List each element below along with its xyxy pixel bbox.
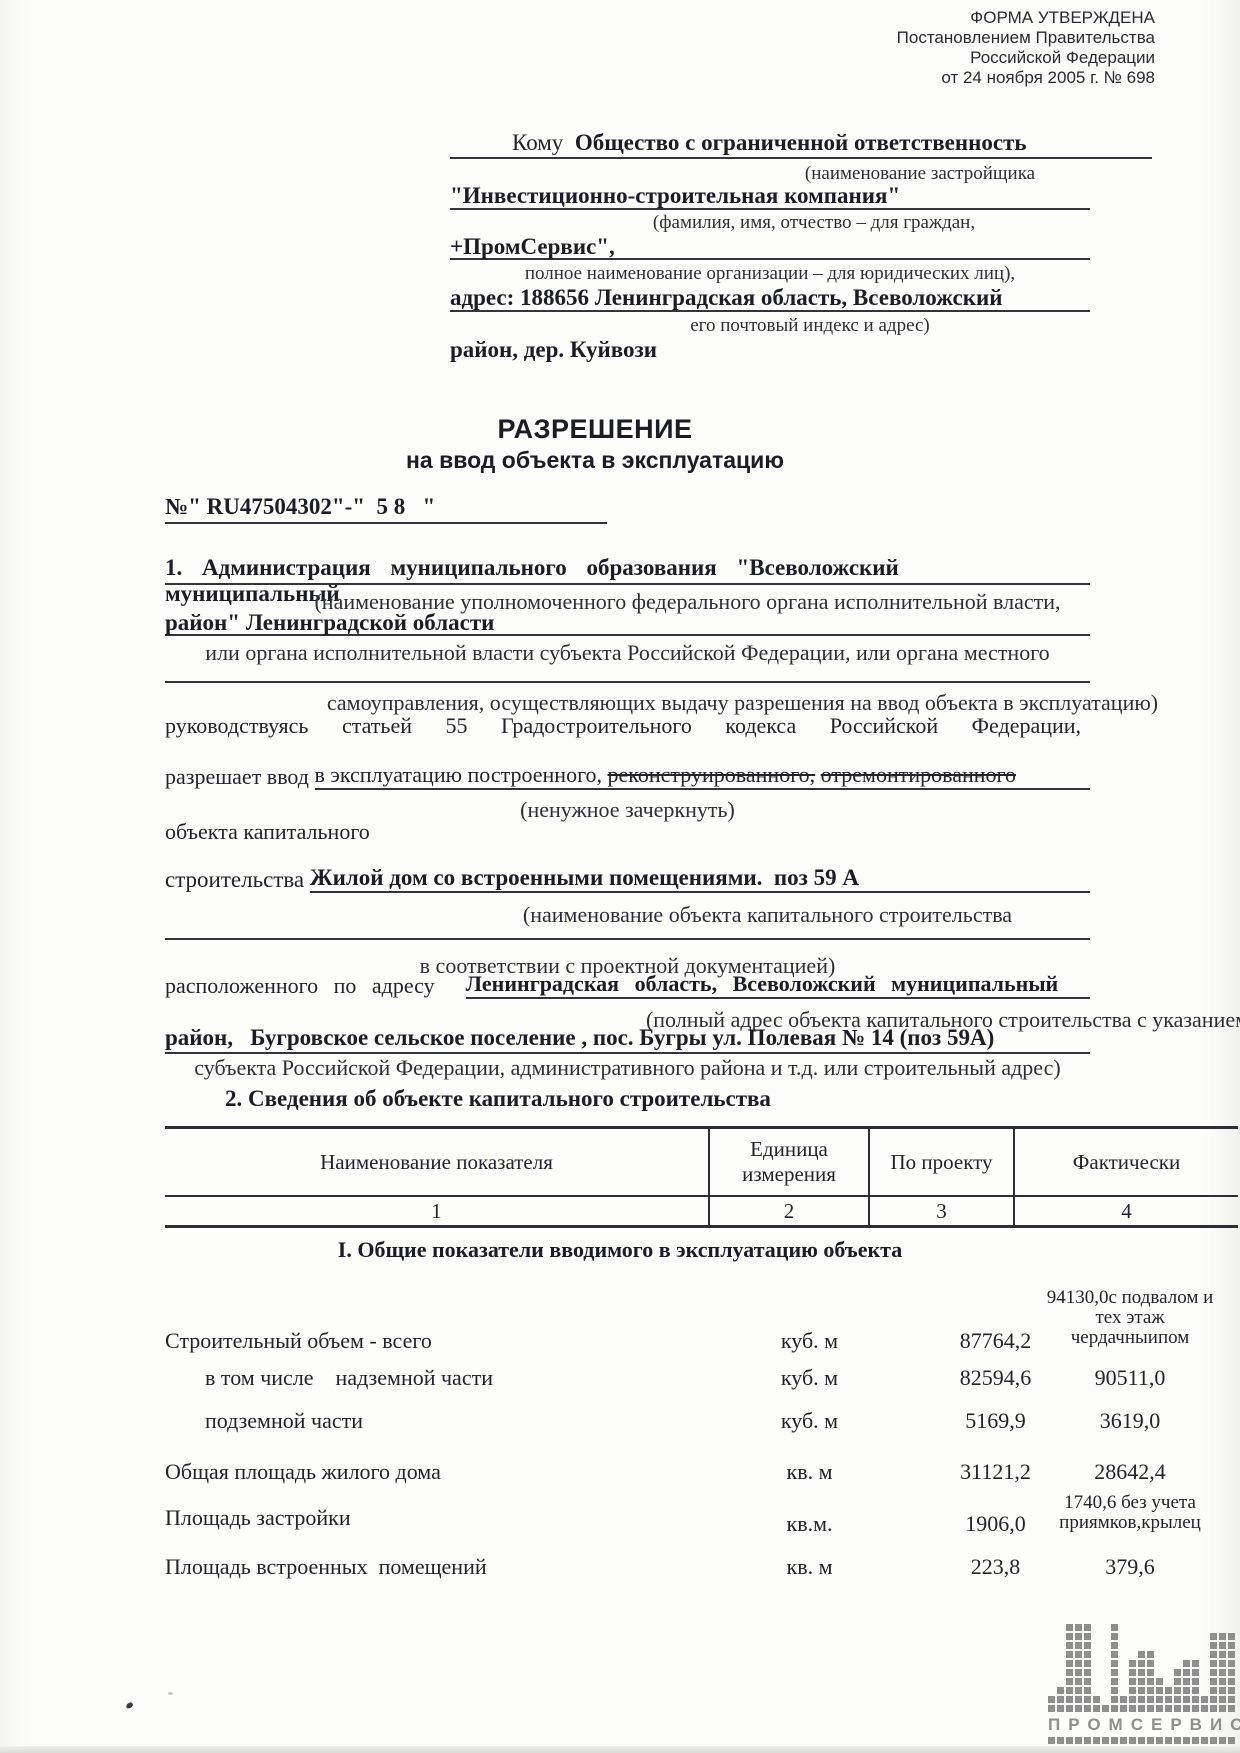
header-unit: Единица измерения xyxy=(710,1129,870,1195)
permit-underlined-segment: в эксплуатацию построенного, реконструир… xyxy=(315,762,1091,790)
object-caption-1: (наименование объекта капитального строи… xyxy=(165,902,1230,928)
recipient-caption-3: полное наименование организации – для юр… xyxy=(450,263,1090,285)
approval-line: ФОРМА УТВЕРЖДЕНА xyxy=(810,8,1155,28)
section2-heading: 2. Сведения об объекте капитального стро… xyxy=(225,1086,771,1112)
blank-underline xyxy=(165,681,1090,683)
approval-line: Постановлением Правительства xyxy=(810,28,1155,48)
recipient-caption-2: (фамилия, имя, отчество – для граждан, xyxy=(450,212,1134,234)
location-line: расположенного по адресу Ленинградская о… xyxy=(165,974,1090,999)
permit-normal-text: разрешает ввод xyxy=(165,764,315,790)
construction-object-name: Жилой дом со встроенными помещениями. по… xyxy=(310,865,1090,893)
blank-underline xyxy=(165,938,1090,940)
authority-line-1: 1. Администрация муниципального образова… xyxy=(165,555,1090,585)
row-label: в том числе надземной части xyxy=(165,1365,775,1391)
recipient-caption-4: его почтовый индекс и адрес) xyxy=(450,315,1130,337)
located-address-part1: Ленинградская область, Всеволожский муни… xyxy=(466,971,1090,999)
recipient-address-line-2: район, дер. Куйвози xyxy=(450,337,1090,363)
construction-normal-text: строительства xyxy=(165,867,310,893)
logo-text: ПРОМСЕРВИС xyxy=(1048,1715,1238,1735)
guided-by-line: руководствуясь статьей 55 Градостроитель… xyxy=(165,713,1090,739)
permit-struck-repaired: отремонтированного xyxy=(821,762,1016,787)
row-label: Площадь встроенных помещений xyxy=(165,1554,735,1580)
logo-base-bar xyxy=(1048,1737,1238,1746)
recipient-address-line-1: адрес: 188656 Ленинградская область, Все… xyxy=(450,285,1090,312)
object-data-table-header: Наименование показателя Единица измерени… xyxy=(165,1126,1238,1228)
document-number: №" RU47504302"-" 5 8 " xyxy=(165,494,607,524)
located-normal-text: расположенного по адресу xyxy=(165,973,466,999)
table-header-row: Наименование показателя Единица измерени… xyxy=(165,1129,1238,1195)
address-caption-2: субъекта Российской Федерации, администр… xyxy=(165,1055,1090,1081)
row-actual-value: 379,6 xyxy=(1020,1554,1240,1580)
approval-line: Российской Федерации xyxy=(810,48,1155,68)
row-unit: кв.м. xyxy=(737,1511,882,1537)
object-capital-line: объекта капитального xyxy=(165,819,1090,845)
header-by-project: По проекту xyxy=(870,1129,1015,1195)
recipient-line-2: "Инвестиционно-строительная компания" xyxy=(450,183,1090,210)
permit-line: разрешает ввод в эксплуатацию построенно… xyxy=(165,765,1090,790)
promservis-logo: ПРОМСЕРВИС xyxy=(1048,1620,1238,1746)
document-title: РАЗРЕШЕНИЕ xyxy=(0,414,1190,445)
table-column-numbers-row: 1 2 3 4 xyxy=(165,1195,1238,1228)
row-actual-value: 28642,4 xyxy=(1020,1459,1240,1485)
scan-edge-shadow xyxy=(0,1746,1240,1753)
construction-line: строительства Жилой дом со встроенными п… xyxy=(165,867,1090,893)
recipient-line-1: Кому Общество с ограниченной ответственн… xyxy=(450,130,1152,159)
column-number-3: 3 xyxy=(870,1197,1015,1225)
table-section-title: I. Общие показатели вводимого в эксплуат… xyxy=(165,1237,1075,1263)
city-skyline-icon xyxy=(1048,1620,1238,1712)
recipient-caption-1: (наименование застройщика xyxy=(450,163,1240,185)
row-label: Площадь застройки xyxy=(165,1505,735,1531)
row-actual-value: 3619,0 xyxy=(1020,1408,1240,1434)
ink-mark xyxy=(168,1692,173,1695)
header-actual: Фактически xyxy=(1015,1129,1238,1195)
row-unit: куб. м xyxy=(737,1408,882,1434)
row-label: Строительный объем - всего xyxy=(165,1328,735,1354)
column-number-1: 1 xyxy=(165,1197,710,1225)
row-label: Общая площадь жилого дома xyxy=(165,1459,735,1485)
document-subtitle: на ввод объекта в эксплуатацию xyxy=(0,447,1190,474)
row-actual-value: 1740,6 без учета приямков,крылец xyxy=(1020,1493,1240,1533)
approval-stamp: ФОРМА УТВЕРЖДЕНА Постановлением Правител… xyxy=(810,8,1155,88)
located-address-part2: район, Бугровское сельское поселение , п… xyxy=(165,1025,1090,1054)
permit-struck-reconstructed: реконструированного, xyxy=(608,762,816,787)
row-label: подземной части xyxy=(165,1408,775,1434)
permit-built-text: в эксплуатацию построенного, xyxy=(315,762,608,787)
row-unit: куб. м xyxy=(737,1328,882,1354)
column-number-4: 4 xyxy=(1015,1197,1238,1225)
column-number-2: 2 xyxy=(710,1197,870,1225)
recipient-label: Кому xyxy=(512,130,575,155)
document-page: ФОРМА УТВЕРЖДЕНА Постановлением Правител… xyxy=(0,0,1240,1753)
row-unit: кв. м xyxy=(737,1554,882,1580)
recipient-name-part1: Общество с ограниченной ответственность xyxy=(575,130,1027,155)
row-unit: куб. м xyxy=(737,1365,882,1391)
recipient-line-3: +ПромСервис", xyxy=(450,234,1090,260)
authority-line-2: район" Ленинградской области xyxy=(165,610,1090,636)
authority-caption-2: или органа исполнительной власти субъект… xyxy=(165,640,1090,666)
row-actual-value: 90511,0 xyxy=(1020,1365,1240,1391)
header-indicator-name: Наименование показателя xyxy=(165,1129,710,1195)
row-unit: кв. м xyxy=(737,1459,882,1485)
ink-mark xyxy=(125,1702,134,1710)
approval-line: от 24 ноября 2005 г. № 698 xyxy=(810,68,1155,88)
row-actual-value: 94130,0с подвалом и тех этаж чердачныипо… xyxy=(1020,1288,1240,1348)
